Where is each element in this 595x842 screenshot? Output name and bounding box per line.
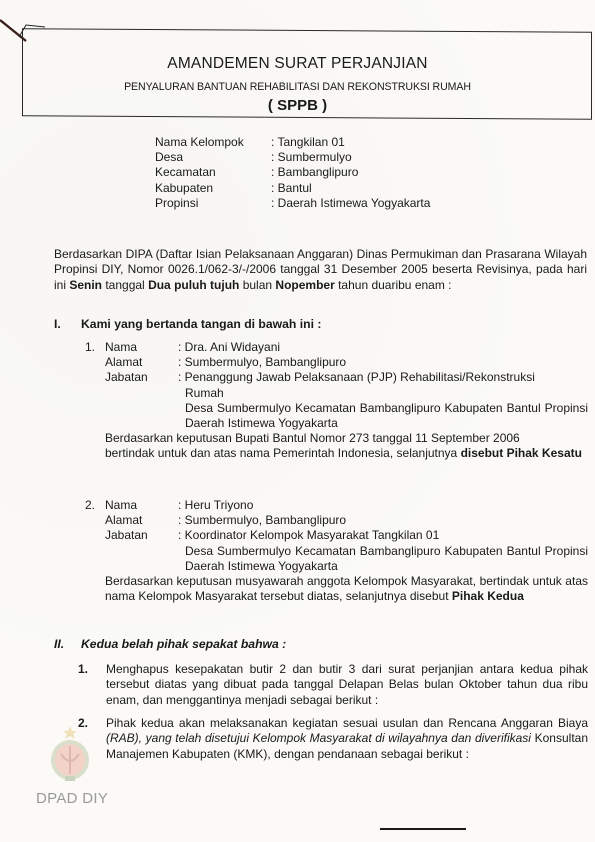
identity-label: Nama Kelompok <box>155 135 271 150</box>
identity-value: : Sumbermulyo <box>271 150 352 165</box>
identity-value: : Daerah Istimewa Yogyakarta <box>271 196 430 211</box>
party-2: 2. Nama : Heru Triyono Alamat : Sumbermu… <box>85 498 588 604</box>
document-title: AMANDEMEN SURAT PERJANJIAN <box>0 55 595 73</box>
identity-label: Kabupaten <box>155 181 271 196</box>
identity-value: : Bantul <box>271 181 312 196</box>
day: Senin <box>69 278 102 292</box>
group-identity: Nama Kelompok : Tangkilan 01 Desa : Sumb… <box>155 135 430 211</box>
identity-row: Propinsi : Daerah Istimewa Yogyakarta <box>155 196 430 211</box>
intro-paragraph: Berdasarkan DIPA (Daftar Isian Pelaksana… <box>54 247 587 293</box>
party-1-position: : Penanggung Jawab Pelaksanaan (PJP) Reh… <box>178 370 588 385</box>
party-2-basis: Berdasarkan keputusan musyawarah anggota… <box>85 574 588 604</box>
clause-1: 1. Menghapus kesepakatan butir 2 dan but… <box>78 662 588 708</box>
identity-row: Kabupaten : Bantul <box>155 181 430 196</box>
party-1-location: Desa Sumbermulyo Kecamatan Bambanglipuro… <box>85 401 588 431</box>
document-code: ( SPPB ) <box>0 97 595 114</box>
document-subtitle: PENYALURAN BANTUAN REHABILITASI DAN REKO… <box>0 81 595 93</box>
party-1-address: : Sumbermulyo, Bambanglipuro <box>178 355 588 370</box>
identity-row: Kecamatan : Bambanglipuro <box>155 165 430 180</box>
month: Nopember <box>275 278 334 292</box>
party-1-name: : Dra. Ani Widayani <box>178 340 588 355</box>
party-1-acting: bertindak untuk dan atas nama Pemerintah… <box>85 446 588 461</box>
identity-label: Propinsi <box>155 196 271 211</box>
identity-row: Desa : Sumbermulyo <box>155 150 430 165</box>
party-2-location: Desa Sumbermulyo Kecamatan Bambanglipuro… <box>85 544 588 574</box>
date: Dua puluh tujuh <box>148 278 239 292</box>
identity-row: Nama Kelompok : Tangkilan 01 <box>155 135 430 150</box>
identity-value: : Tangkilan 01 <box>271 135 345 150</box>
signature-line <box>380 828 466 830</box>
party-2-address: : Sumbermulyo, Bambanglipuro <box>178 513 588 528</box>
watermark-text: DPAD DIY <box>36 790 108 807</box>
party-2-name: : Heru Triyono <box>178 498 588 513</box>
clause-2: 2. Pihak kedua akan melaksanakan kegiata… <box>78 716 588 762</box>
section-1-heading: I.Kami yang bertanda tangan di bawah ini… <box>54 317 321 331</box>
party-1-basis: Berdasarkan keputusan Bupati Bantul Nomo… <box>85 431 588 446</box>
party-1: 1. Nama : Dra. Ani Widayani Alamat : Sum… <box>85 340 588 462</box>
section-2-heading: II.Kedua belah pihak sepakat bahwa : <box>54 637 286 651</box>
document-page: AMANDEMEN SURAT PERJANJIAN PENYALURAN BA… <box>0 0 595 842</box>
identity-label: Kecamatan <box>155 165 271 180</box>
identity-label: Desa <box>155 150 271 165</box>
yogyakarta-emblem-icon <box>47 724 93 784</box>
party-2-position: : Koordinator Kelompok Masyarakat Tangki… <box>178 528 588 543</box>
identity-value: : Bambanglipuro <box>271 165 358 180</box>
